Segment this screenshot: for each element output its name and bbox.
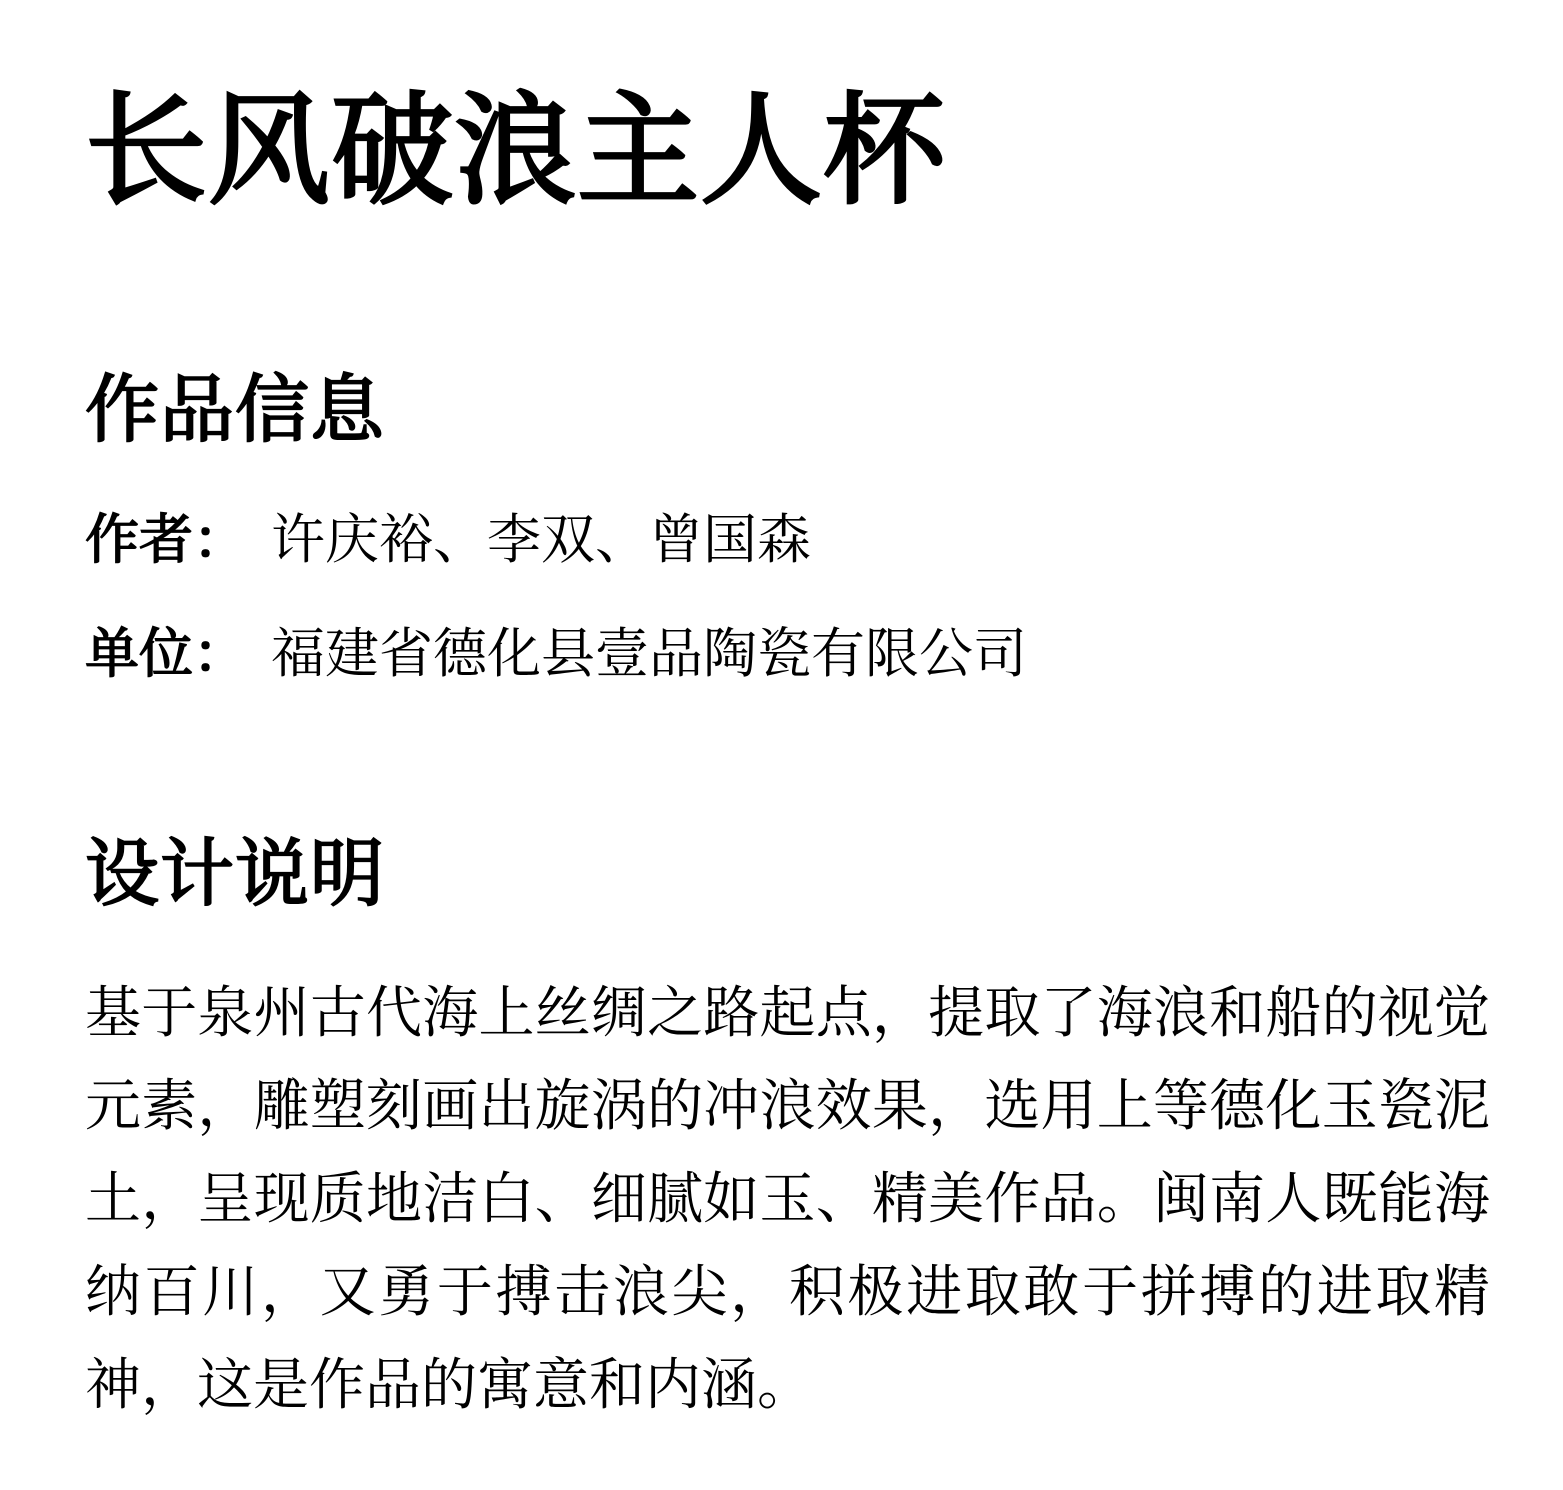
organization-value: 福建省德化县壹品陶瓷有限公司	[271, 624, 1027, 684]
design-notes-heading: 设计说明	[85, 830, 1490, 919]
author-label: 作者：	[85, 510, 247, 570]
author-value: 许庆裕、李双、曾国森	[271, 510, 811, 570]
organization-row: 单位：福建省德化县壹品陶瓷有限公司	[85, 621, 1490, 689]
work-info-fields: 作者：许庆裕、李双、曾国森 单位：福建省德化县壹品陶瓷有限公司	[85, 507, 1490, 688]
work-info-heading: 作品信息	[85, 366, 1490, 455]
page-title: 长风破浪主人杯	[85, 78, 1490, 224]
work-info-section: 作品信息 作者：许庆裕、李双、曾国森 单位：福建省德化县壹品陶瓷有限公司	[85, 366, 1490, 688]
author-row: 作者：许庆裕、李双、曾国森	[85, 507, 1490, 575]
design-notes-section: 设计说明 基于泉州古代海上丝绸之路起点，提取了海浪和船的视觉元素，雕塑刻画出旋涡…	[85, 830, 1490, 1432]
organization-label: 单位：	[85, 624, 247, 684]
document-page: 长风破浪主人杯 作品信息 作者：许庆裕、李双、曾国森 单位：福建省德化县壹品陶瓷…	[0, 0, 1563, 1490]
design-notes-body: 基于泉州古代海上丝绸之路起点，提取了海浪和船的视觉元素，雕塑刻画出旋涡的冲浪效果…	[85, 967, 1490, 1432]
